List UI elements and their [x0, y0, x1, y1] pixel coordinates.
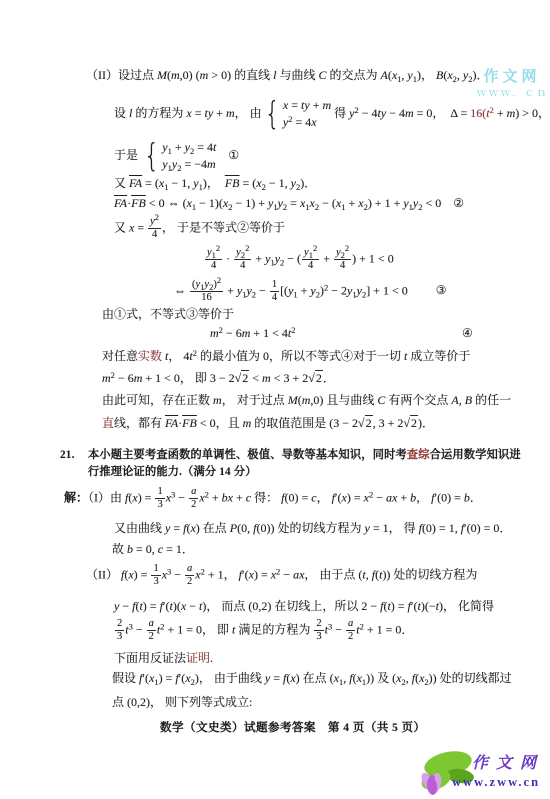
text-line: m2 − 6m + 1 < 4t2	[210, 326, 296, 342]
text-line: （II）设过点 M(m,0) (m > 0) 的直线 l 与曲线 C 的交点为 …	[86, 68, 489, 84]
text-line: 又 x = y24， 于是不等式②等价于	[114, 216, 285, 241]
text-line: 行推理论证的能力.（满分 14 分）	[88, 465, 257, 480]
text-line: 又 FA = (x1 − 1, y1)， FB = (x2 − 1, y2)．	[114, 176, 316, 192]
text-line: 于是 {y1 + y2 = 4ty1y2 = −4m①	[114, 139, 239, 174]
text-line: 21.	[60, 448, 75, 463]
text-line: 对任意实数 t， 4t2 的最小值为 0，所以不等式④对于一切 t 成立等价于	[102, 349, 470, 365]
text-line: 设 l 的方程为 x = ty + m， 由 {x = ty + my2 = 4…	[114, 97, 550, 132]
text-line: y124 · y224 + y1y2 − (y124 + y224) + 1 <…	[204, 247, 394, 272]
lotus-icon	[416, 742, 474, 799]
text-line: ⇔ (y1y2)216 + y1y2 − 14[(y1 + y2)2 − 2y1…	[174, 279, 446, 304]
text-line: 直线，都有 FA·FB < 0，且 m 的取值范围是 (3 − 2√2, 3 +…	[102, 416, 434, 432]
watermark-bottom-title: 作文网	[472, 750, 544, 773]
text-line: 点 (0,2)， 则下列等式成立:	[112, 695, 252, 711]
text-line: 故 b = 0, c = 1．	[112, 542, 194, 558]
watermark-top: 作文网 ｗｗｗ．ｃｎ	[476, 68, 548, 101]
text-line: 假设 f′(x1) = f′(x2)， 由于曲线 y = f(x) 在点 (x1…	[112, 671, 512, 687]
watermark-bottom-url: www.zww.cn	[452, 775, 540, 790]
text-line: 由此可知，存在正数 m， 对于过点 M(m,0) 且与曲线 C 有两个交点 A,…	[102, 393, 511, 409]
exam-answer-page: （II）设过点 M(m,0) (m > 0) 的直线 l 与曲线 C 的交点为 …	[0, 0, 550, 799]
watermark-bottom: 作文网 www.zww.cn	[416, 740, 550, 799]
text-line: 又由曲线 y = f(x) 在点 P(0, f(0)) 处的切线方程为 y = …	[114, 521, 511, 537]
watermark-top-url: ｗｗｗ．ｃｎ	[476, 87, 548, 101]
text-line: ④	[462, 326, 473, 342]
text-line: 由①式，不等式③等价于	[102, 307, 234, 323]
text-line: y − f(t) = f′(t)(x − t)， 而点 (0,2) 在切线上，所…	[114, 599, 494, 615]
text-line: m2 − 6m + 1 < 0， 即 3 − 2√2 < m < 3 + 2√2…	[102, 371, 335, 387]
text-line: 解：（I）由 f(x) = 13x3 − a2x2 + bx + c 得： f(…	[64, 486, 482, 511]
page-footer: 数学（文史类）试题参考答案 第 4 页（共 5 页）	[160, 719, 425, 735]
text-line: （II） f(x) = 13x3 − a2x2 + 1， f′(x) = x2 …	[86, 563, 477, 588]
text-line: FA·FB < 0 ⇔ (x1 − 1)(x2 − 1) + y1y2 = x1…	[114, 196, 464, 212]
text-line: 23t3 − a2t2 + 1 = 0， 即 t 满足的方程为 23t3 − a…	[114, 618, 413, 643]
watermark-top-title: 作文网	[476, 68, 548, 87]
text-line: 下面用反证法证明.	[114, 651, 213, 667]
text-line: 本小题主要考查函数的单调性、极值、导数等基本知识，同时考查综合运用数学知识进	[88, 448, 521, 463]
